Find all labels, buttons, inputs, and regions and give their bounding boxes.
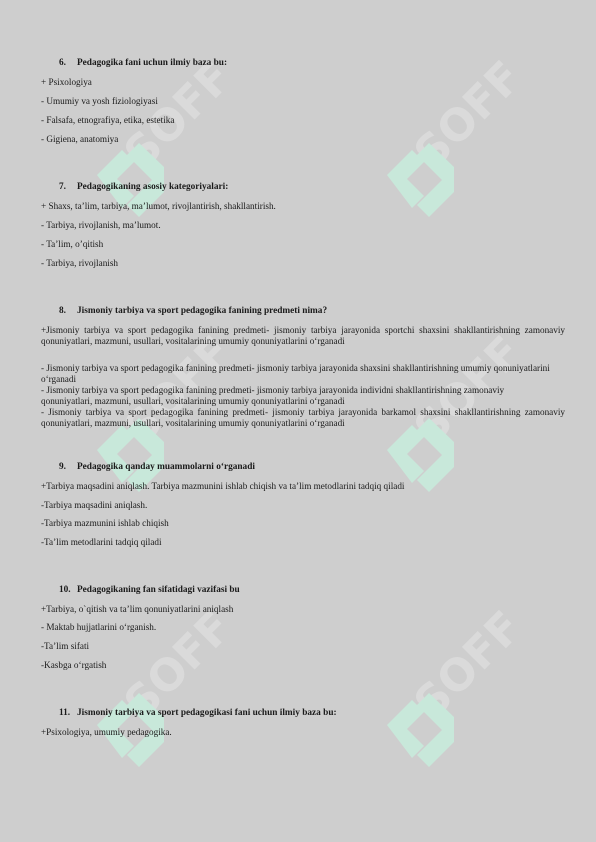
question-7-title: 7.Pedagogikaning asosiy kategoriyalari:: [59, 182, 228, 192]
question-10-option-3: -Ta’lim sifati: [41, 641, 89, 651]
question-7-option-2: - Tarbiya, rivojlanish, ma’lumot.: [41, 220, 161, 230]
question-11-title: 11.Jismoniy tarbiya va sport pedagogikas…: [59, 708, 337, 718]
question-8-option-2: - Jismoniy tarbiya va sport pedagogika f…: [41, 363, 551, 385]
question-10-option-4: -Kasbga o‘rgatish: [41, 660, 106, 670]
question-7-option-4: - Tarbiya, rivojlanish: [41, 258, 118, 268]
question-9-title: 9.Pedagogika qanday muammolarni o‘rganad…: [59, 462, 255, 472]
question-6-option-3: - Falsafa, etnografiya, etika, estetika: [41, 115, 174, 125]
question-9-option-2: -Tarbiya maqsadini aniqlash.: [41, 500, 147, 510]
question-9-option-3: -Tarbiya mazmunini ishlab chiqish: [41, 518, 169, 528]
question-8-option-1: +Jismoniy tarbiya va sport pedagogika fa…: [41, 325, 565, 347]
soff-watermark-icon: SOFF: [72, 605, 242, 795]
question-7-option-3: - Ta’lim, o’qitish: [41, 239, 103, 249]
question-6-option-2: - Umumiy va yosh fiziologiyasi: [41, 96, 158, 106]
question-6-option-4: - Gigiena, anatomiya: [41, 134, 118, 144]
svg-text:SOFF: SOFF: [405, 605, 532, 729]
soff-watermark-icon: SOFF: [362, 605, 532, 795]
question-8-title: 8.Jismoniy tarbiya va sport pedagogika f…: [59, 306, 327, 316]
question-6-title: 6.Pedagogika fani uchun ilmiy baza bu:: [59, 58, 227, 68]
soff-watermark-icon: SOFF: [362, 55, 532, 245]
question-7-option-1: + Shaxs, ta’lim, tarbiya, ma’lumot, rivo…: [41, 201, 276, 211]
question-11-option-1: +Psixologiya, umumiy pedagogika.: [41, 727, 172, 737]
svg-text:SOFF: SOFF: [405, 55, 532, 179]
question-10-option-1: +Tarbiya, o`qitish va ta’lim qonuniyatla…: [41, 604, 233, 614]
question-9-option-1: +Tarbiya maqsadini aniqlash. Tarbiya maz…: [41, 481, 404, 491]
document-page: SOFF SOFF SOFF SOFF SOFF SOFF 6: [0, 0, 596, 842]
question-10-option-2: - Maktab hujjatlarini o‘rganish.: [41, 622, 156, 632]
question-8-option-3: - Jismoniy tarbiya va sport pedagogika f…: [41, 385, 551, 407]
question-6-option-1: + Psixologiya: [41, 77, 92, 87]
question-8-option-4: - Jismoniy tarbiya va sport pedagogika f…: [41, 407, 565, 429]
question-9-option-4: -Ta’lim metodlarini tadqiq qiladi: [41, 537, 162, 547]
question-10-title: 10.Pedagogikaning fan sifatidagi vazifas…: [59, 585, 240, 595]
soff-watermark-icon: SOFF: [72, 55, 242, 245]
